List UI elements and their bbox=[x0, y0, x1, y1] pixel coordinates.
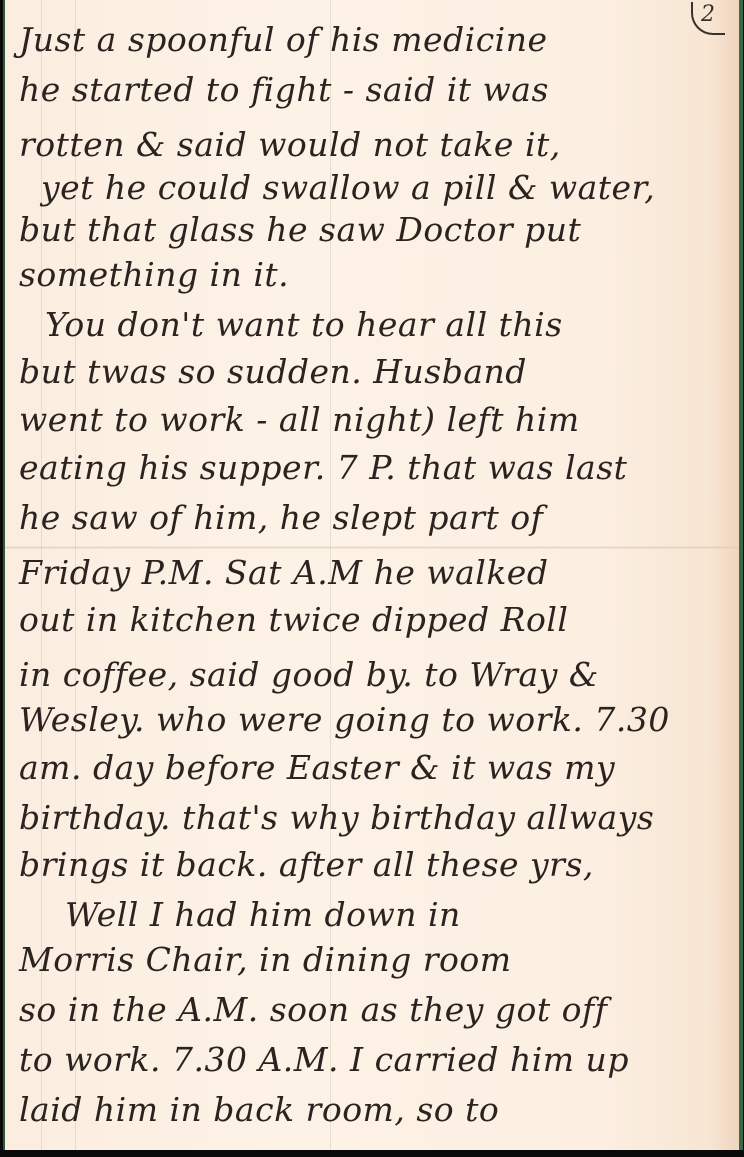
handwritten-line: Wesley. who were going to work. 7.30 bbox=[19, 700, 729, 740]
handwritten-line: yet he could swallow a pill & water, bbox=[41, 168, 729, 208]
handwritten-line: laid him in back room, so to bbox=[19, 1090, 729, 1130]
handwritten-line: rotten & said would not take it, bbox=[19, 125, 729, 165]
handwritten-line: Just a spoonful of his medicine bbox=[19, 20, 729, 60]
handwritten-line: am. day before Easter & it was my bbox=[19, 748, 729, 788]
handwritten-line: he started to fight - said it was bbox=[19, 70, 729, 110]
handwritten-line: birthday. that's why birthday allways bbox=[19, 798, 729, 838]
page-frame: 2 Just a spoonful of his medicine he sta… bbox=[0, 0, 744, 1157]
handwritten-line: Well I had him down in bbox=[65, 895, 729, 935]
handwritten-line: Morris Chair, in dining room bbox=[19, 940, 729, 980]
handwritten-line: Friday P.M. Sat A.M he walked bbox=[19, 553, 729, 593]
handwritten-line: eating his supper. 7 P. that was last bbox=[19, 448, 729, 488]
letter-page: 2 Just a spoonful of his medicine he sta… bbox=[3, 0, 743, 1150]
handwritten-line: You don't want to hear all this bbox=[45, 305, 729, 345]
handwritten-line: in coffee, said good by. to Wray & bbox=[19, 655, 729, 695]
handwritten-line: brings it back. after all these yrs, bbox=[19, 845, 729, 885]
handwritten-line: to work. 7.30 A.M. I carried him up bbox=[19, 1040, 729, 1080]
handwritten-line: out in kitchen twice dipped Roll bbox=[19, 600, 729, 640]
handwritten-line: something in it. bbox=[19, 255, 729, 295]
handwritten-line: he saw of him, he slept part of bbox=[19, 498, 729, 538]
handwritten-line: but twas so sudden. Husband bbox=[19, 352, 729, 392]
paper-fold bbox=[5, 546, 739, 549]
handwritten-line: but that glass he saw Doctor put bbox=[19, 210, 729, 250]
handwritten-line: went to work - all night) left him bbox=[19, 400, 729, 440]
handwritten-line: so in the A.M. soon as they got off bbox=[19, 990, 729, 1030]
